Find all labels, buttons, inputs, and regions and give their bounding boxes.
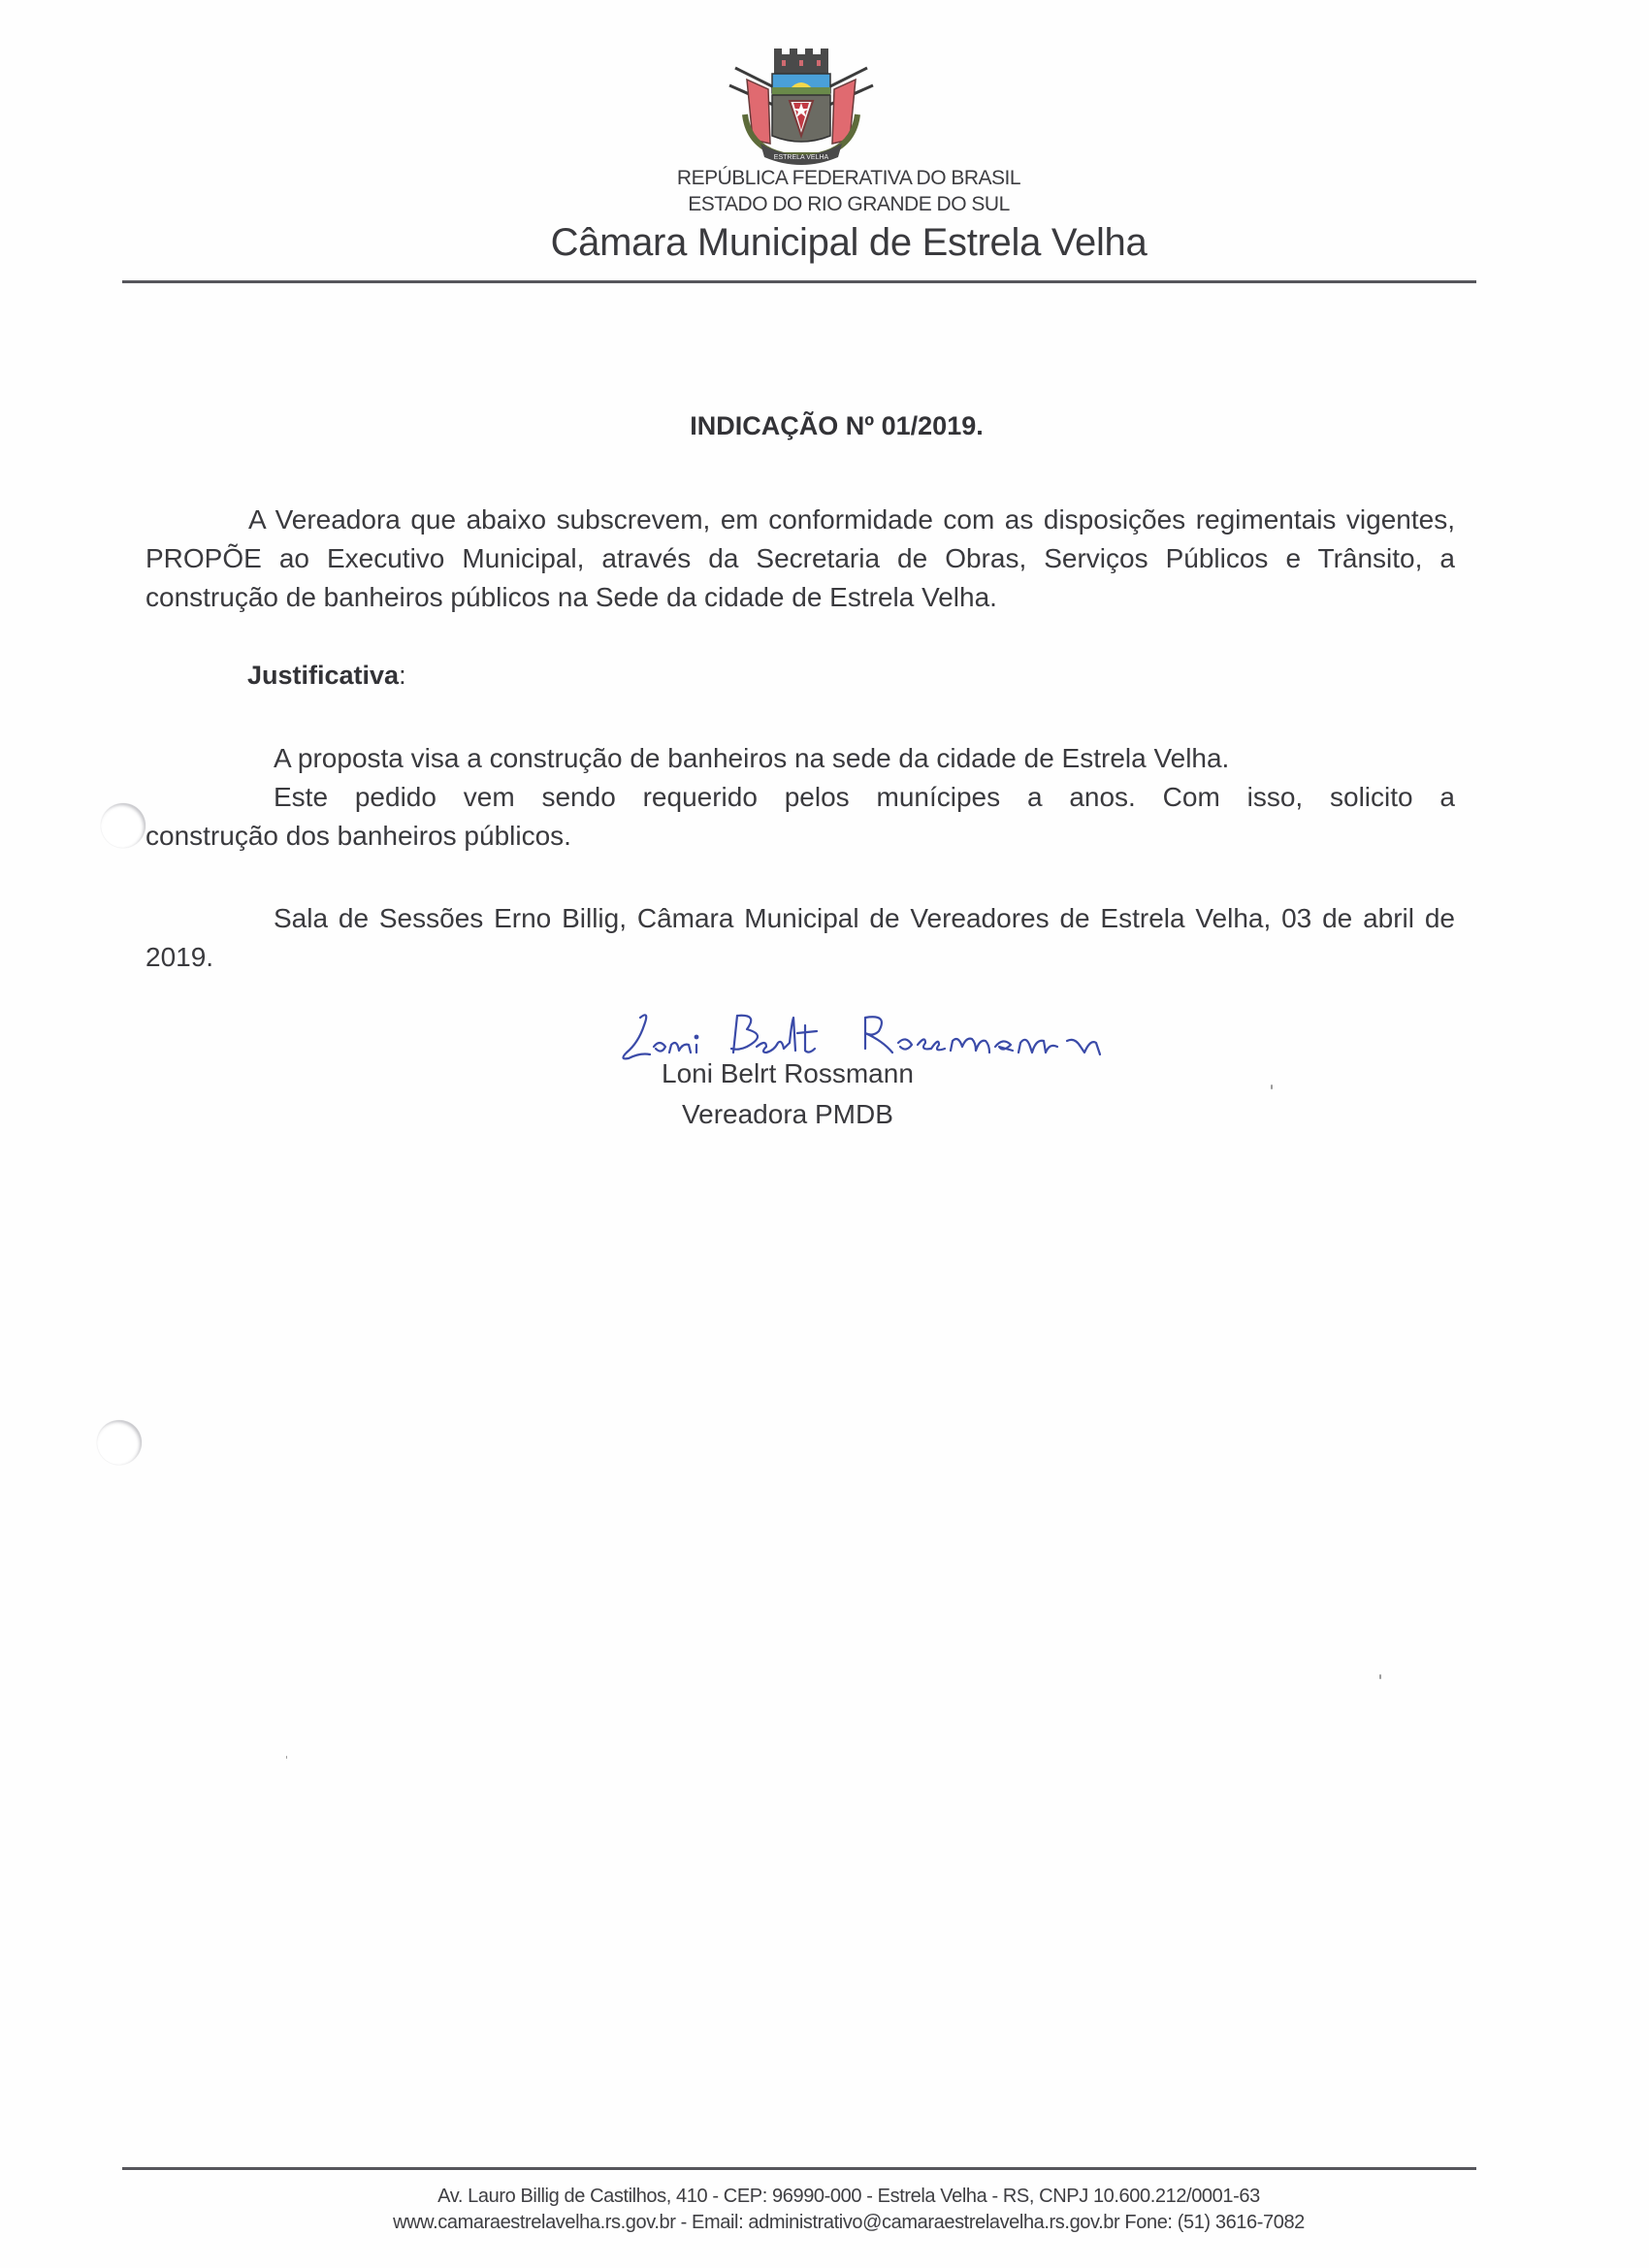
header-divider (122, 280, 1476, 283)
justification-paragraph: A proposta visa a construção de banheiro… (145, 739, 1455, 856)
document-title: INDICAÇÃO Nº 01/2019. (0, 411, 1649, 441)
footer-divider (122, 2167, 1476, 2170)
header-country: REPÚBLICA FEDERATIVA DO BRASIL (24, 167, 1649, 190)
document-page: ESTRELA VELHA REPÚBLICA FEDERATIVA DO BR… (0, 0, 1649, 2268)
justification-label: Justificativa (247, 661, 399, 690)
punch-hole (97, 1420, 142, 1465)
header-state: ESTADO DO RIO GRANDE DO SUL (24, 193, 1649, 216)
punch-hole (101, 803, 145, 848)
svg-text:ESTRELA VELHA: ESTRELA VELHA (774, 154, 829, 161)
footer-address: Av. Lauro Billig de Castilhos, 410 - CEP… (24, 2186, 1649, 2208)
scan-speck (286, 1756, 287, 1759)
signatory-name: Loni Belrt Rossmann (662, 1058, 914, 1089)
justification-heading: Justificativa: (247, 661, 406, 691)
closing-text: Sala de Sessões Erno Billig, Câmara Muni… (145, 903, 1455, 972)
closing-paragraph: Sala de Sessões Erno Billig, Câmara Muni… (145, 899, 1455, 977)
justification-line: A proposta visa a construção de banheiro… (145, 739, 1455, 778)
justification-colon: : (399, 661, 406, 690)
scan-speck (1271, 1085, 1273, 1089)
justification-line: construção dos banheiros públicos. (145, 817, 1455, 856)
intro-paragraph: A Vereadora que abaixo subscrevem, em co… (145, 501, 1455, 617)
scan-speck (1379, 1674, 1381, 1679)
header-institution: Câmara Municipal de Estrela Velha (24, 221, 1649, 265)
signatory-role: Vereadora PMDB (682, 1099, 893, 1130)
municipal-coat-of-arms-icon: ESTRELA VELHA (726, 47, 877, 165)
justification-line: Este pedido vem sendo requerido pelos mu… (145, 778, 1455, 817)
footer-contact: www.camaraestrelavelha.rs.gov.br - Email… (24, 2212, 1649, 2234)
intro-text: A Vereadora que abaixo subscrevem, em co… (145, 504, 1455, 612)
